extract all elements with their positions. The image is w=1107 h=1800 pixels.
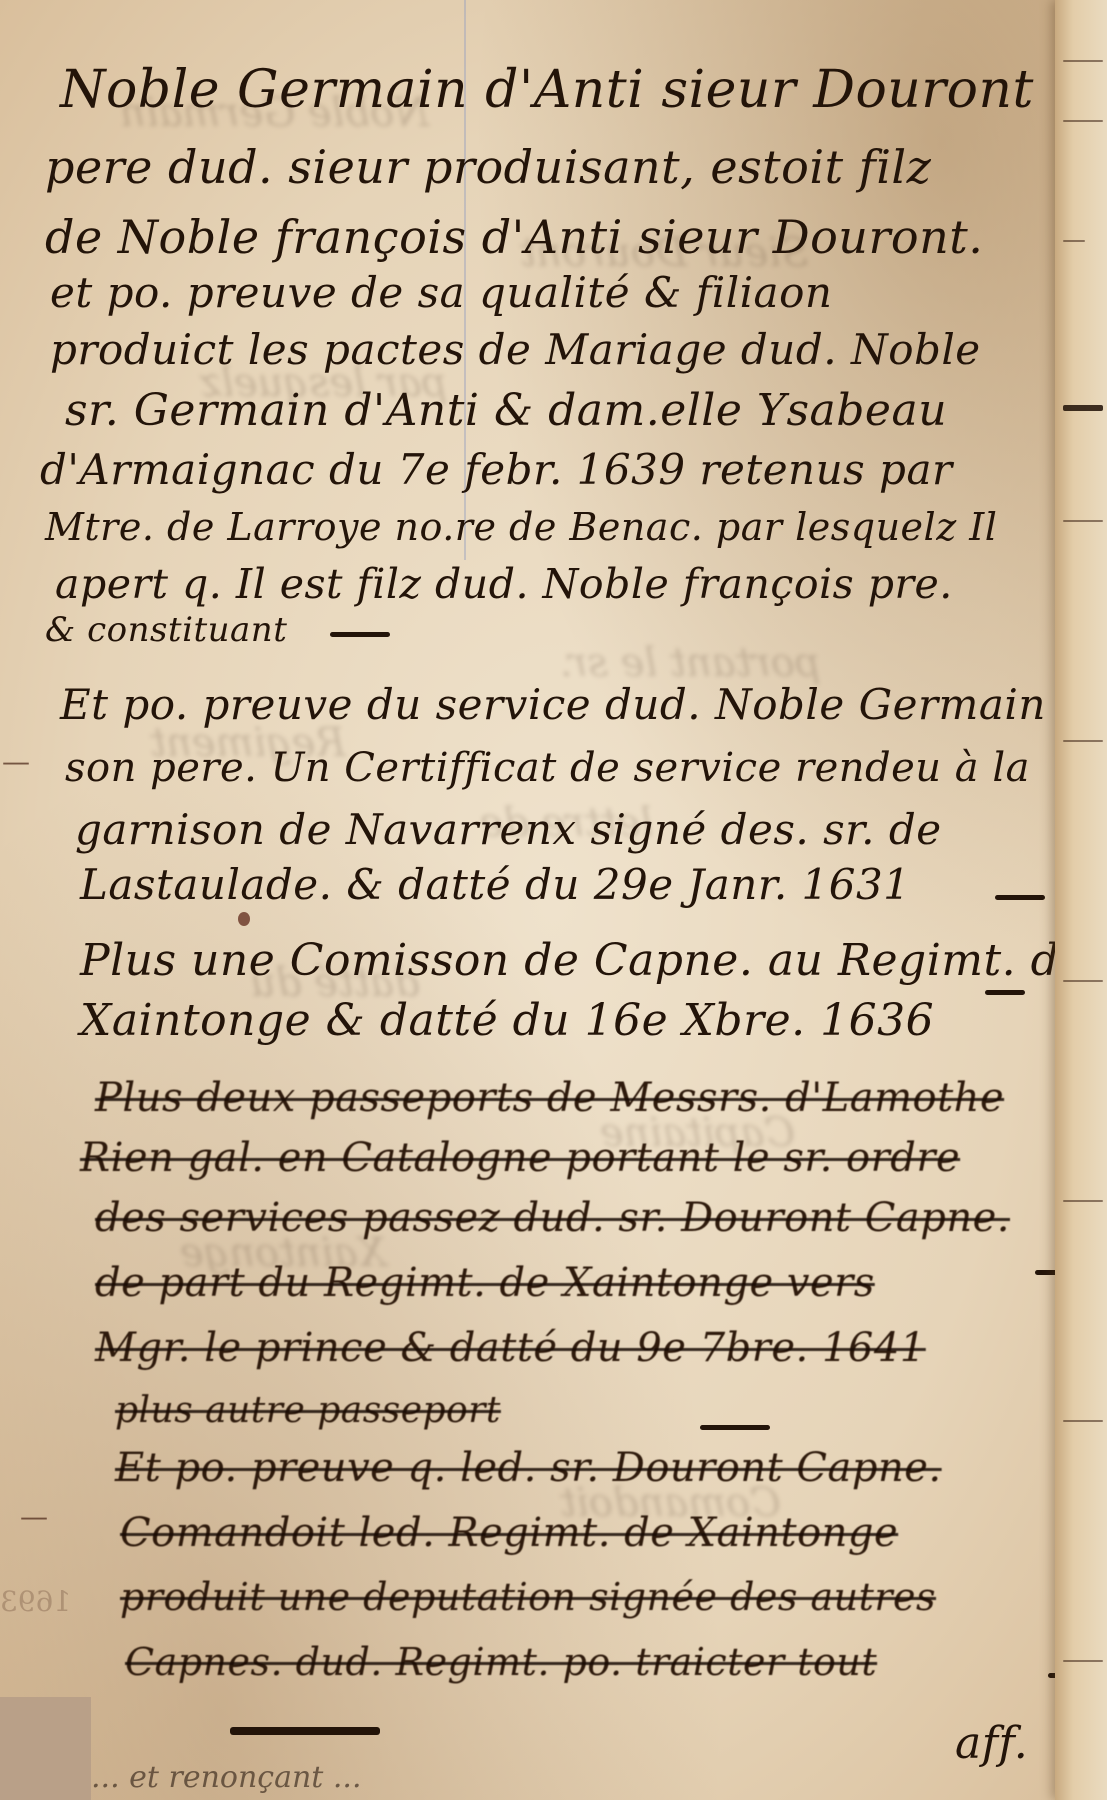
manuscript-line: Noble Germain d'Anti sieur Douront	[60, 60, 1034, 120]
manuscript-line: Plus une Comisson de Capne. au Regimt. d…	[80, 935, 1086, 986]
manuscript-line: et po. preuve de sa qualité & filiaon	[50, 268, 832, 317]
line-end-flourish	[995, 895, 1045, 900]
manuscript-line: son pere. Un Certifficat de service rend…	[65, 745, 1030, 791]
manuscript-text: Noble Germain d'Anti sieur Douront pere …	[0, 0, 1060, 1800]
cut-off-bottom-line: ... et renonçant ...	[91, 1760, 991, 1795]
manuscript-line: apert q. Il est filz dud. Noble françois…	[55, 560, 953, 608]
manuscript-line: Et po. preuve du service dud. Noble Germ…	[60, 680, 1046, 729]
manuscript-line: Mtre. de Larroye no.re de Benac. par les…	[45, 505, 997, 549]
line-end-flourish	[700, 1425, 770, 1430]
manuscript-line-struck: de part du Regimt. de Xaintonge vers	[95, 1260, 875, 1306]
manuscript-line-struck: produit une deputation signée des autres	[120, 1575, 936, 1619]
manuscript-line: produict les pactes de Mariage dud. Nobl…	[50, 325, 981, 374]
manuscript-page: Noble Germain Sieur Douront par lesquelz…	[0, 0, 1107, 1800]
manuscript-line-struck: plus autre passeport	[115, 1390, 501, 1431]
facing-page-edge	[1055, 0, 1107, 1800]
manuscript-line: d'Armaignac du 7e febr. 1639 retenus par	[40, 445, 953, 494]
manuscript-line: garnison de Navarrenx signé des. sr. de	[75, 805, 942, 854]
manuscript-line: de Noble françois d'Anti sieur Douront.	[45, 210, 983, 264]
manuscript-line-struck: Comandoit led. Regimt. de Xaintonge	[120, 1510, 898, 1556]
manuscript-line-struck: Mgr. le prince & datté du 9e 7bre. 1641	[95, 1325, 926, 1371]
manuscript-line-struck: Rien gal. en Catalogne portant le sr. or…	[80, 1135, 960, 1181]
line-end-flourish	[330, 632, 390, 637]
missing-corner-patch	[0, 1697, 91, 1800]
manuscript-line: sr. Germain d'Anti & dam.elle Ysabeau	[65, 385, 947, 436]
manuscript-line-struck: des services passez dud. sr. Douront Cap…	[95, 1195, 1010, 1241]
manuscript-line-struck: Plus deux passeports de Messrs. d'Lamoth…	[95, 1075, 1004, 1121]
margin-mark: —	[20, 1500, 48, 1533]
margin-mark: —	[2, 745, 30, 778]
underline-flourish	[230, 1727, 380, 1735]
line-end-flourish	[985, 990, 1025, 995]
manuscript-line: pere dud. sieur produisant, estoit filz	[45, 140, 931, 194]
manuscript-line-struck: Capnes. dud. Regimt. po. traicter tout	[125, 1640, 877, 1684]
margin-mark-bleed: 1693	[0, 1585, 71, 1618]
manuscript-line: Xaintonge & datté du 16e Xbre. 1636	[80, 995, 934, 1046]
manuscript-line: Lastaulade. & datté du 29e Janr. 1631	[80, 860, 910, 909]
ink-stain	[238, 912, 250, 926]
manuscript-line: & constituant	[45, 610, 287, 650]
manuscript-line-struck: Et po. preuve q. led. sr. Douront Capne.	[115, 1445, 942, 1491]
